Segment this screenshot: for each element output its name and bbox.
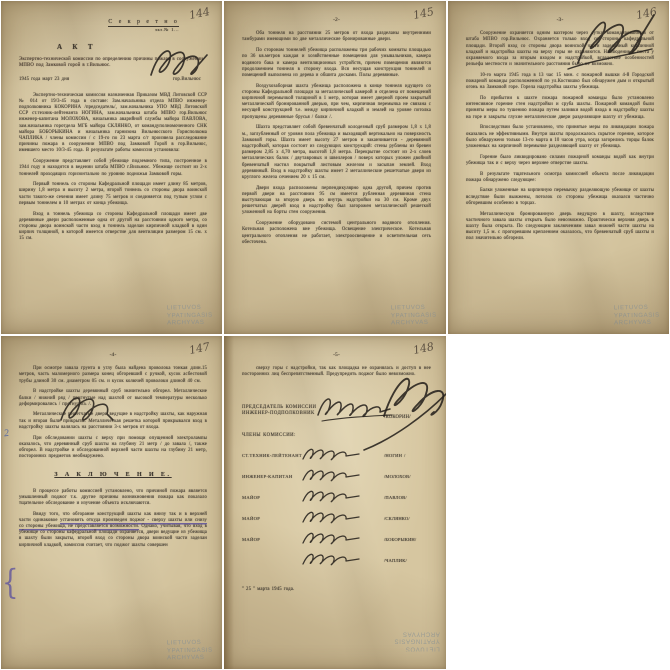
archive-watermark: LIETUVOS YPATINGASIS ARCHYVAS	[394, 629, 440, 652]
document-page-1: 144 С е к р е т н о экз.№ 1... А К Т Экс…	[1, 1, 222, 334]
typewritten-paragraph: В результате тщательного осмотра комисси…	[466, 172, 654, 184]
scanned-document-sheet: 144 С е к р е т н о экз.№ 1... А К Т Экс…	[0, 0, 670, 670]
page5-body: сверху горы с надстройки, так как площад…	[242, 366, 431, 378]
typewritten-paragraph: Металлические решетчатые двери ведущие в…	[19, 412, 207, 431]
place-line: гор.Вильнюс	[173, 77, 201, 83]
document-page-3: 146 -3- Сооружение охраняется одним вахт…	[448, 1, 669, 334]
member-ink-signature	[297, 464, 377, 486]
pages-grid: 144 С е к р е т н о экз.№ 1... А К Т Экс…	[0, 0, 670, 670]
tile-3: 146 -3- Сооружение охраняется одним вахт…	[447, 0, 670, 335]
member-rank: ИНЖЕНЕР-КАПИТАН	[242, 474, 293, 480]
typewritten-paragraph: Экспертно-техническая комиссия назначенн…	[19, 93, 207, 155]
member-typed-name: /ЧАПЛИК/	[384, 558, 407, 564]
conclusion-paragraph: В процессе работы комиссией установлено,…	[19, 489, 207, 508]
typewritten-paragraph: Сооружение охраняется одним вахтером чер…	[466, 31, 654, 68]
archive-watermark: LIETUVOS YPATINGASIS ARCHYVAS	[391, 304, 437, 327]
typewritten-paragraph: Воздухозаборная шахта убежища расположен…	[242, 84, 431, 121]
member-rank: МАЙОР	[242, 516, 260, 522]
typewritten-paragraph: Металлическую бронированную дверь ведущу…	[466, 212, 654, 243]
document-page-5: 148 -5- сверху горы с надстройки, так ка…	[224, 336, 446, 669]
page-number-header: -4-	[19, 352, 207, 358]
chairman-signature-block: ПРЕДСЕДАТЕЛЬ КОМИССИИ ИНЖЕНЕР-ПОДПОЛКОВН…	[242, 405, 431, 417]
typewritten-paragraph: Шахта представляет собой бревенчатый кол…	[242, 125, 431, 181]
member-ink-signature	[297, 506, 377, 528]
typewritten-paragraph: Первый тоннель со стороны Кафедральной п…	[19, 182, 207, 207]
member-ink-signature	[297, 548, 377, 570]
typewritten-paragraph: сверху горы с надстройки, так как площад…	[242, 366, 431, 378]
typewritten-paragraph: Оба тоннеля на расстоянии 25 метров от в…	[242, 31, 431, 43]
conclusion-heading: З А К Л Ю Ч Е Н И Е.	[19, 472, 207, 478]
member-ink-signature	[297, 443, 377, 465]
date-line: 1945 года март 23 дня	[19, 77, 69, 83]
member-rank: МАЙОР	[242, 537, 260, 543]
page2-body: Оба тоннеля на расстоянии 25 метров от в…	[242, 31, 431, 246]
final-paragraph: Ввиду того, что обгорание конструкций ша…	[19, 512, 207, 549]
archive-watermark: LIETUVOS YPATINGASIS ARCHYVAS	[167, 304, 213, 327]
member-typed-name: /ПАВЛОВ/	[384, 495, 407, 501]
tile-5: 148 -5- сверху горы с надстройки, так ка…	[223, 335, 447, 670]
typewritten-paragraph: Впоследствии было установлено, что приня…	[466, 125, 654, 150]
typewritten-paragraph: Горение было ликвидировано силами пожарн…	[466, 155, 654, 167]
typewritten-paragraph: Сооружение оборудовано системой централь…	[242, 221, 431, 246]
classification-stamp: С е к р е т н о	[108, 19, 179, 27]
page4-body: При осмотре завала грунта в углу была на…	[19, 366, 207, 460]
members-label: ЧЛЕНЫ КОМИССИИ:	[242, 433, 431, 439]
document-title: А К Т	[19, 44, 207, 50]
member-ink-signature	[297, 485, 377, 507]
typewritten-paragraph: В надстройке шахты деревянный сруб значи…	[19, 389, 207, 408]
member-typed-name: /СКЛЯНКО/	[384, 516, 410, 522]
member-rank: СТ.ТЕХНИК-ЛЕЙТЕНАНТ	[242, 453, 302, 459]
typewritten-paragraph: 10-го марта 1945 года в 13 час 15 мин. с…	[466, 73, 654, 92]
tile-2: 145 -2- Оба тоннеля на расстоянии 25 мет…	[223, 0, 447, 335]
typewritten-paragraph: При осмотре завала грунта в углу была на…	[19, 366, 207, 385]
typewritten-paragraph: По прибытии к шахте пожара пожарной кома…	[466, 96, 654, 121]
chairman-typed-name: /КОКОРИН/	[384, 415, 411, 421]
typewritten-paragraph: Вход в тоннель убежища со стороны Кафедр…	[19, 212, 207, 243]
empty-tile	[447, 335, 670, 670]
archive-watermark: LIETUVOS YPATINGASIS ARCHYVAS	[167, 639, 213, 662]
archive-watermark: LIETUVOS YPATINGASIS ARCHYVAS	[614, 304, 660, 327]
tile-4: 147 2 { -4- При осмотре завала грунта в …	[0, 335, 223, 670]
page3-body: Сооружение охраняется одним вахтером чер…	[466, 31, 654, 242]
document-page-2: 145 -2- Оба тоннеля на расстоянии 25 мет…	[224, 1, 446, 334]
document-subtitle: Экспертно-технической комиссии по опреде…	[19, 57, 207, 70]
copy-number-line: экз.№ 1...	[155, 27, 179, 32]
typewritten-paragraph: При обследовании шахты с верху при помощ…	[19, 436, 207, 461]
member-typed-name: /МОЛОХОВ/	[384, 474, 411, 480]
page-number-header: -2-	[242, 17, 431, 23]
typewritten-paragraph: Сооружение представляет собой убежище по…	[19, 159, 207, 178]
typewritten-paragraph: По сторонам тоннелей убежища расположены…	[242, 48, 431, 79]
typewritten-paragraph: Балки уложенные на кирпичную перемычку р…	[466, 188, 654, 207]
members-rows: СТ.ТЕХНИК-ЛЕЙТЕНАНТ /НОГИН / ИНЖЕНЕР-КАП…	[242, 447, 431, 573]
members-signature-block: ЧЛЕНЫ КОМИССИИ: СТ.ТЕХНИК-ЛЕЙТЕНАНТ /НОГ…	[242, 433, 431, 573]
document-page-4: 147 2 { -4- При осмотре завала грунта в …	[1, 336, 222, 669]
tile-1: 144 С е к р е т н о экз.№ 1... А К Т Экс…	[0, 0, 223, 335]
member-rank: МАЙОР	[242, 495, 260, 501]
page-number-header: -3-	[466, 17, 654, 23]
typewritten-paragraph: Двери входа расположены перпендикулярно …	[242, 186, 431, 217]
member-ink-signature	[297, 527, 377, 549]
document-date-line: " 25 " марта 1945 года.	[242, 587, 431, 593]
page-number-header: -5-	[242, 352, 431, 358]
member-typed-name: /БОБОРЫКИН/	[384, 537, 416, 543]
member-typed-name: /НОГИН /	[384, 453, 405, 459]
member-row: /ЧАПЛИК/	[242, 552, 431, 573]
page1-body: Экспертно-техническая комиссия назначенн…	[19, 93, 207, 243]
